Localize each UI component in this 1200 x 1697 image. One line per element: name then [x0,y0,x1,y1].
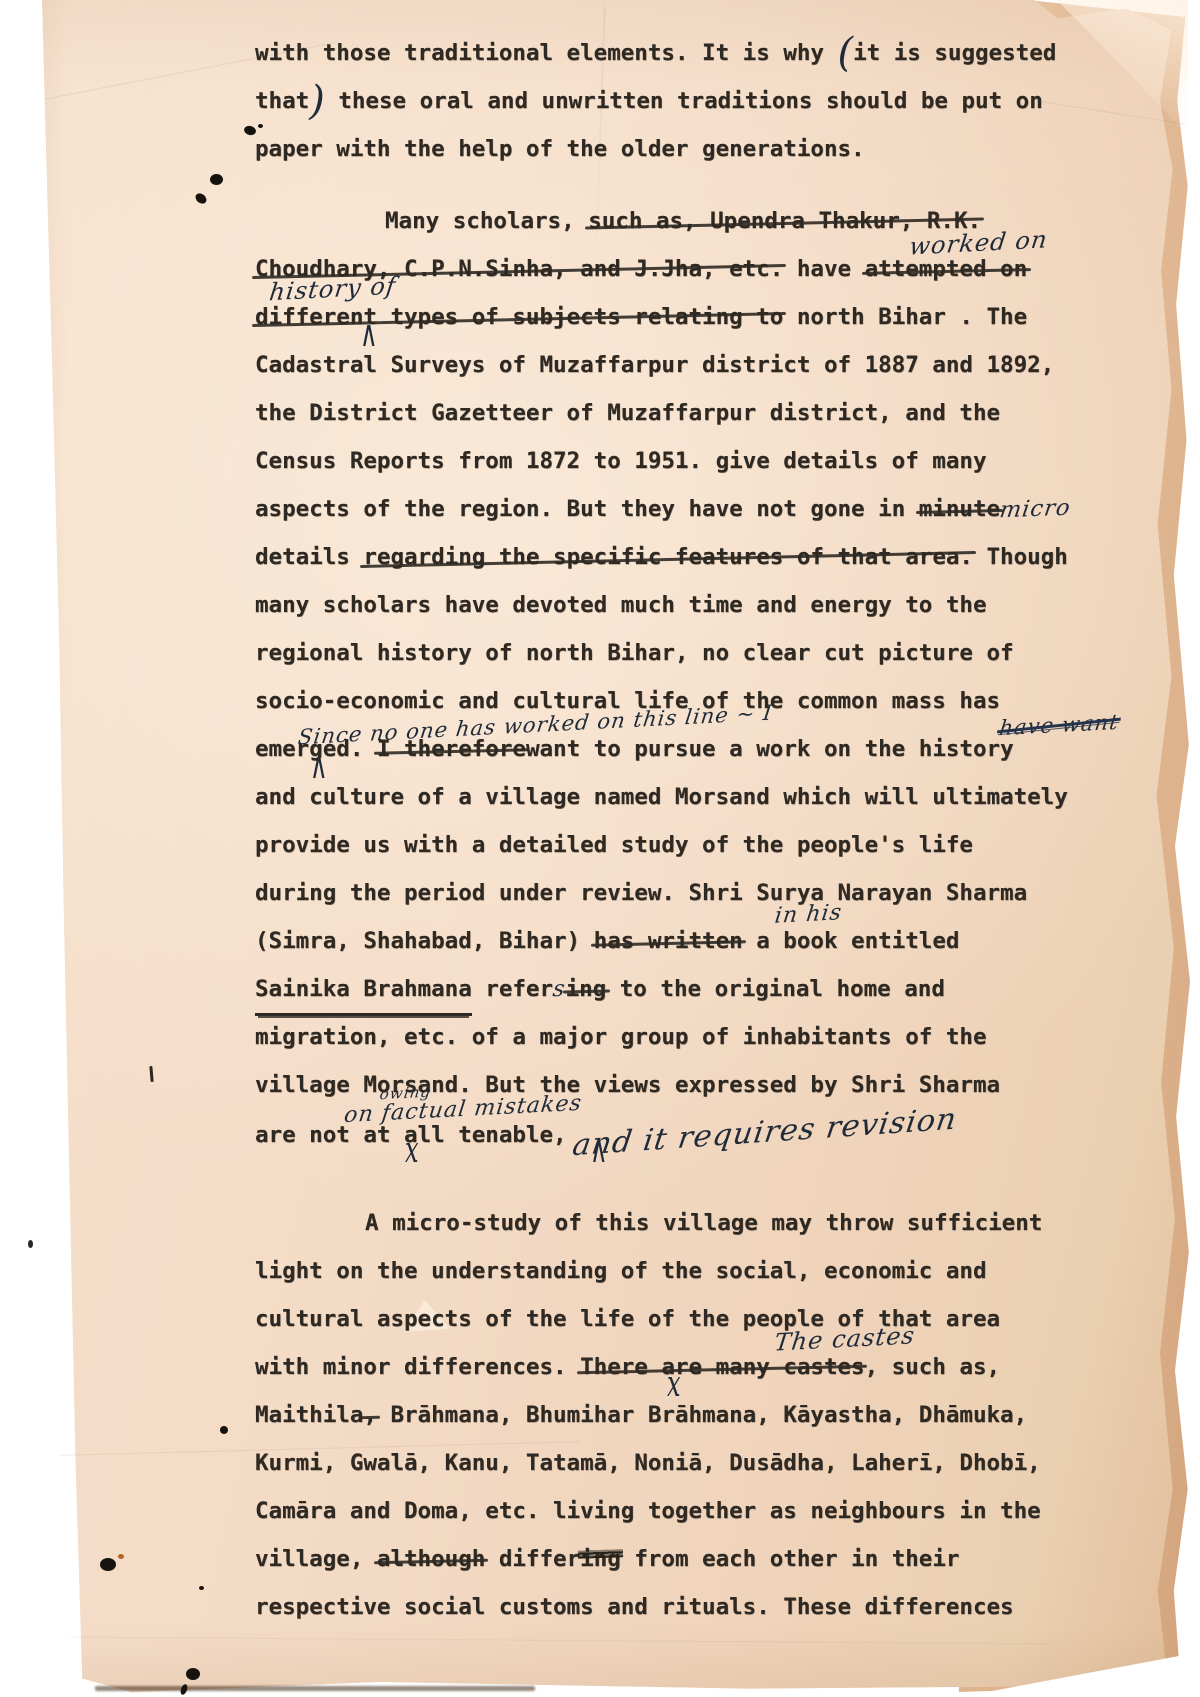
text-line: and culture of a village named Morsand w… [255,774,1125,822]
struck-text: ing [580,1536,621,1582]
typed-text: Camāra and Doma, etc. living together as… [255,1498,1041,1524]
typed-text: A micro-study of this village may throw … [365,1210,1042,1236]
text-line: different types of subjects relating to … [255,294,1125,342]
ink-spot [186,1668,200,1680]
scanned-manuscript-page: with those traditional elements. It is w… [0,0,1200,1697]
underlined-title: Sainika Brahmana [255,966,472,1016]
typed-text: migration, etc. of a major group of inha… [255,1024,987,1050]
typed-text: Many scholars, [385,208,588,234]
struck-text: has written [594,918,743,964]
text-line: many scholars have devoted much time and… [255,582,1125,630]
insertion-caret: ∧ [310,751,328,781]
text-line: A micro-study of this village may throw … [255,1200,1125,1248]
struck-text: minute [919,486,1000,532]
ink-spot [199,1586,204,1590]
text-line: aspects of the region. But they have not… [255,486,1125,534]
insertion-caret: ∧ [360,319,378,349]
handwritten-annotation: have want [997,699,1122,751]
ink-spot [100,1558,116,1571]
text-line: during the period under review. Shri Sur… [255,870,1125,918]
text-line: provide us with a detailed study of the … [255,822,1125,870]
typed-text: aspects of the region. But they have not… [255,496,919,522]
text-line: emerged. I thereforewant to pursue a wor… [255,726,1125,774]
typed-text: have [783,256,864,282]
page-bottom-edge [95,1686,535,1691]
typed-text: village, [255,1546,377,1572]
text-line: paper with the help of the older generat… [255,126,1125,174]
typed-text: the District Gazetteer of Muzaffarpur di… [255,400,1000,426]
typed-text: Census Reports from 1872 to 1951. give d… [255,448,987,474]
typed-text: Though [973,544,1068,570]
text-line: cultural aspects of the life of the peop… [255,1296,1125,1344]
typed-text: to the original home and [606,976,945,1002]
typed-text: light on the understanding of the social… [255,1258,987,1284]
typed-text: from each other in their [621,1546,960,1572]
text-line: that) these oral and unwritten tradition… [255,78,1125,126]
typed-text: Maithila [255,1402,363,1428]
text-block: with those traditional elements. It is w… [255,30,1125,1632]
typed-text: regional history of north Bihar, no clea… [255,640,1014,666]
text-line: respective social customs and rituals. T… [255,1584,1125,1632]
typed-text: Kurmi, Gwalā, Kanu, Tatamā, Noniā, Dusād… [255,1450,1041,1476]
typed-text: Brāhmana, Bhumihar Brāhmana, Kāyastha, D… [377,1402,1027,1428]
text-line: Cadastral Surveys of Muzaffarpur distric… [255,342,1125,390]
typed-text: Cadastral Surveys of Muzaffarpur distric… [255,352,1054,378]
handwritten-text: micro [997,485,1074,533]
struck-text: although [377,1536,485,1582]
struck-text: ing [566,966,607,1012]
rust-speck [118,1554,124,1559]
insertion-caret: x [667,1369,681,1399]
text-line: the District Gazetteer of Muzaffarpur di… [255,390,1125,438]
text-line: with minor differences. There are many c… [255,1344,1125,1392]
text-line: details regarding the specific features … [255,534,1125,582]
typed-text: these oral and unwritten traditions shou… [325,88,1043,114]
text-line: light on the understanding of the social… [255,1248,1125,1296]
typed-text: details [255,544,363,570]
struck-text: regarding the specific features of that … [363,534,973,580]
typed-text: refer [472,976,553,1002]
typed-text: during the period under review. Shri Sur… [255,880,1027,906]
text-line: Camāra and Doma, etc. living together as… [255,1488,1125,1536]
text-line: Census Reports from 1872 to 1951. give d… [255,438,1125,486]
text-line: (Simra, Shahabad, Bihar) has written a b… [255,918,1125,966]
text-line: village, although differing from each ot… [255,1536,1125,1584]
text-line: regional history of north Bihar, no clea… [255,630,1125,678]
struck-text: , [363,1392,377,1438]
text-line: are not at all tenable,and it requires r… [255,1110,1125,1158]
text-line: Kurmi, Gwalā, Kanu, Tatamā, Noniā, Dusād… [255,1440,1125,1488]
typed-text: north Bihar . The [783,304,1027,330]
handwritten-annotation: in his [772,890,845,939]
typed-text: many scholars have devoted much time and… [255,592,987,618]
text-line: migration, etc. of a major group of inha… [255,1014,1125,1062]
typed-text: with those traditional elements. It is w… [255,40,837,66]
handwritten-annotation: history of [267,263,399,316]
insertion-caret: ∧ [590,1135,608,1165]
handwritten-annotation: worked on [907,216,1051,269]
typed-text: provide us with a detailed study of the … [255,832,973,858]
typed-text: respective social customs and rituals. T… [255,1594,1014,1620]
typed-text: and culture of a village named Morsand w… [255,784,1068,810]
ink-spot [220,1426,228,1434]
handwritten-annotation: The castes [772,1312,918,1365]
text-line: Sainika Brahmana refersing to the origin… [255,966,1125,1014]
margin-speck [28,1240,33,1248]
typed-text: (Simra, Shahabad, Bihar) [255,928,594,954]
text-line: with those traditional elements. It is w… [255,30,1125,78]
typed-text: with minor differences. [255,1354,580,1380]
typed-text: differ [485,1546,580,1572]
insertion-caret: x [405,1135,419,1165]
typed-text: it is suggested [853,40,1056,66]
typed-text: that [255,88,309,114]
ink-spot [210,174,223,185]
typed-text: paper with the help of the older generat… [255,136,865,162]
text-line: Maithila, Brāhmana, Bhumihar Brāhmana, K… [255,1392,1125,1440]
